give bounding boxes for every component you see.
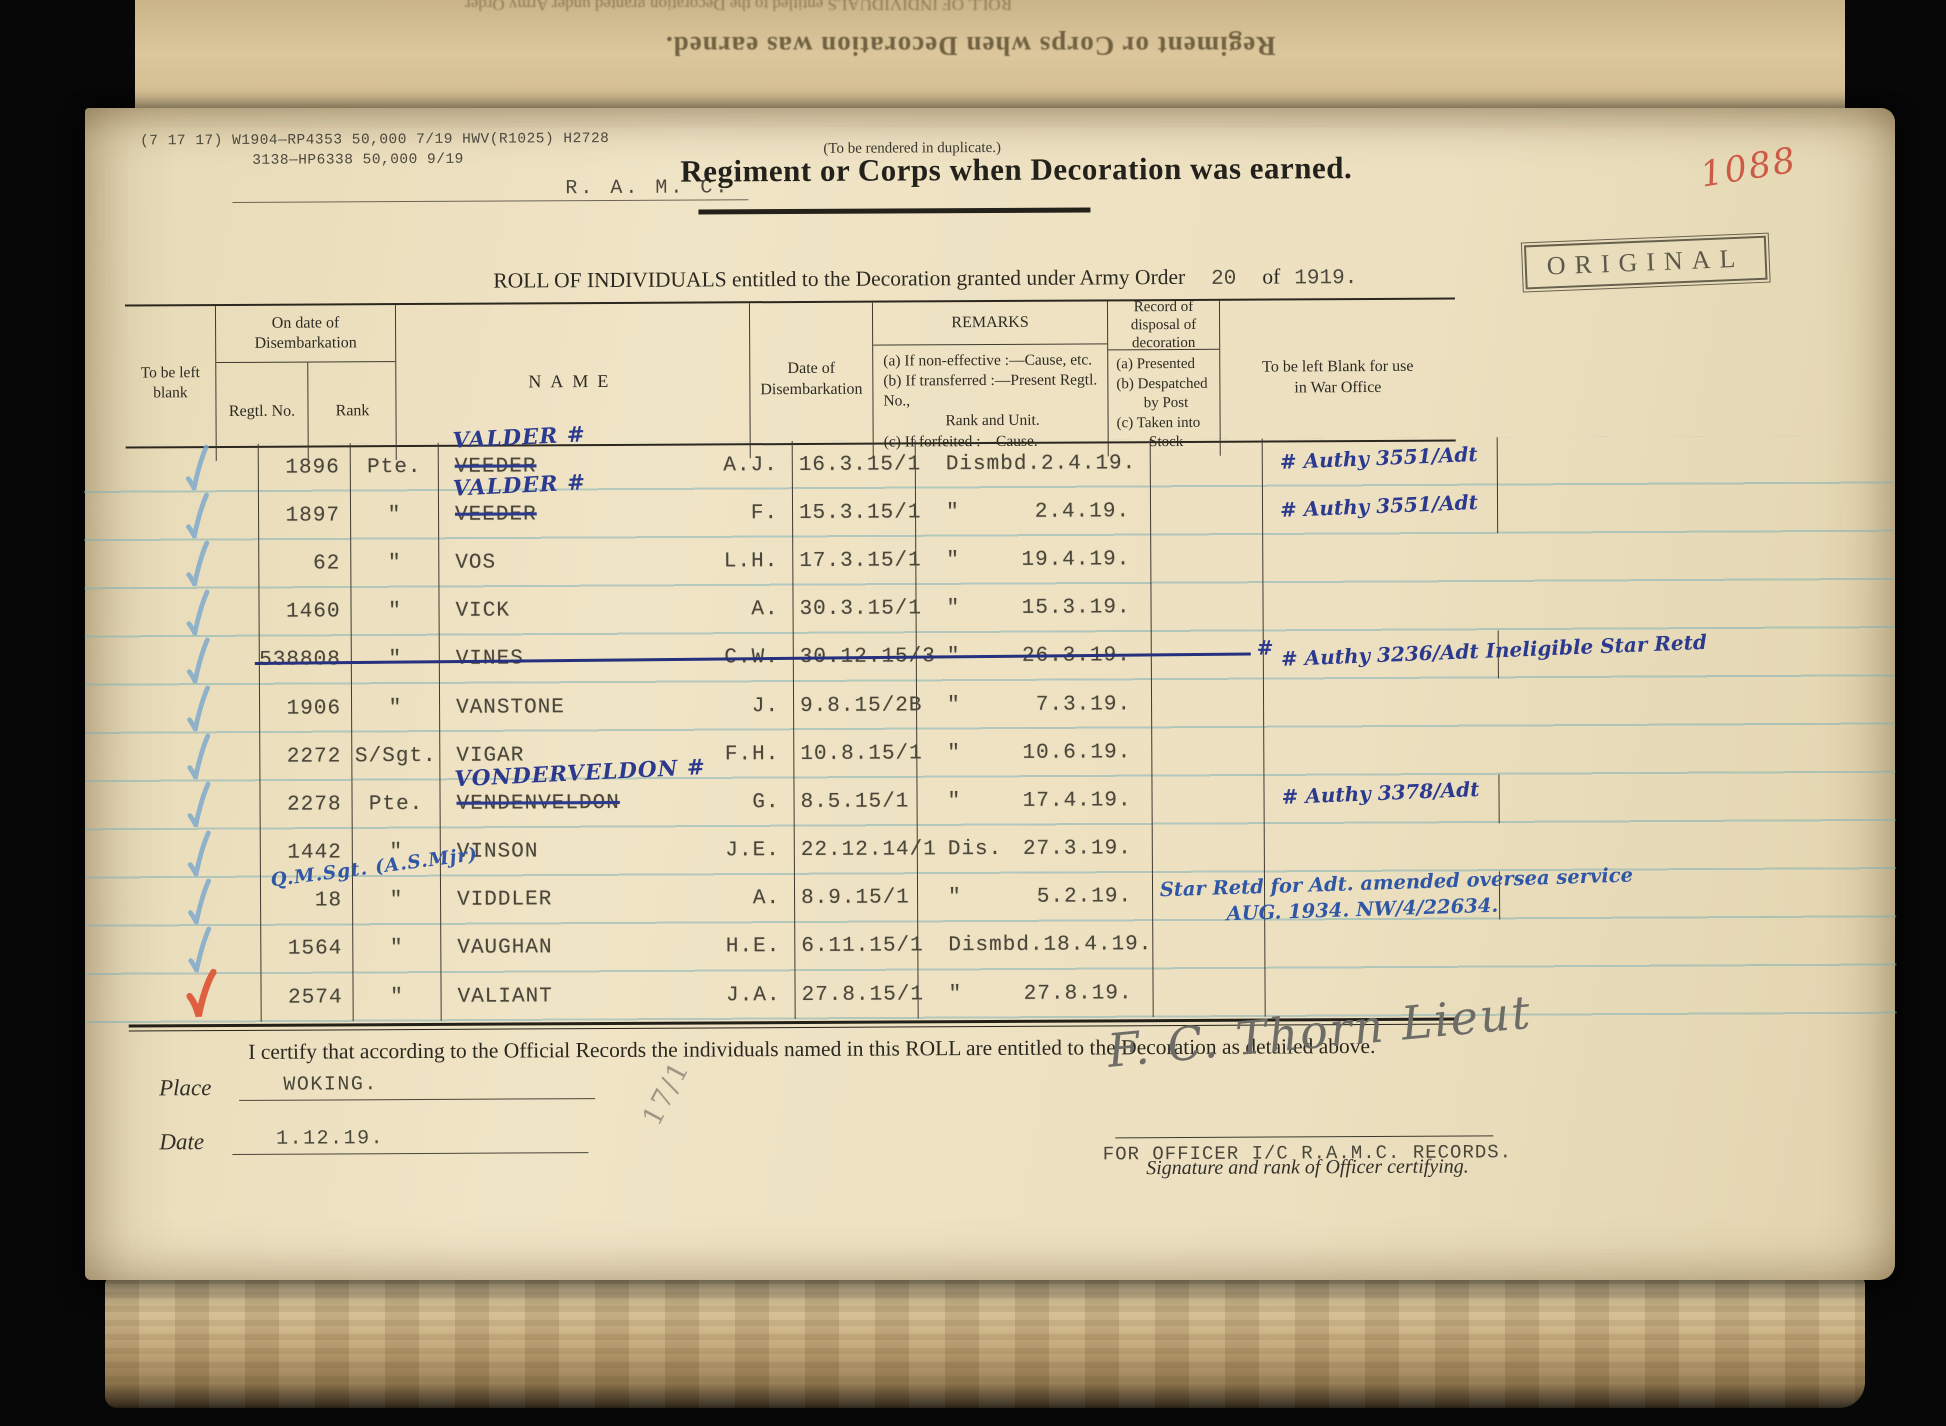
remark-cause: " — [946, 549, 960, 572]
cell-disembark-date: 10.8.15/1 — [794, 730, 917, 779]
red-check-icon — [186, 968, 216, 1020]
cell-rank: " — [352, 684, 440, 733]
tick-mark-icon — [186, 926, 212, 972]
cell-regtl-no: 1896 — [259, 443, 351, 492]
table-row: 2272 S/Sgt. VIGARF.H. 10.8.15/1 "10.6.19… — [169, 726, 1499, 781]
surname: VALIANT — [458, 985, 553, 1008]
cell-war-office — [1264, 678, 1499, 727]
table-row: 62 " VOSL.H. 17.3.15/1 "19.4.19. — [168, 534, 1498, 589]
army-order-year: 1919. — [1294, 267, 1357, 290]
cell-war-office — [1263, 582, 1498, 631]
tick-cell — [170, 974, 261, 1023]
cell-regtl-no: 2574 — [261, 973, 353, 1022]
roll-heading-text: ROLL OF INDIVIDUALS entitled to the Deco… — [493, 265, 1185, 293]
cell-regtl-no: 1564 — [261, 925, 353, 974]
tick-mark-icon — [185, 733, 211, 779]
tick-mark-icon — [184, 541, 210, 587]
initials: J.A. — [726, 984, 781, 1007]
remark-date: 2.4.19. — [1041, 452, 1136, 475]
page-title: Regiment or Corps when Decoration was ea… — [680, 150, 1352, 195]
tick-cell — [169, 685, 260, 734]
tick-cell — [168, 540, 259, 589]
remark-cause: Dismbd. — [946, 452, 1041, 475]
remark-date: 15.3.19. — [1022, 596, 1131, 620]
cell-rank: S/Sgt. — [352, 732, 440, 781]
place-value: WOKING. — [239, 1072, 595, 1101]
remark-cause: Dis. — [948, 838, 1003, 861]
initials: J.E. — [725, 839, 780, 862]
cell-regtl-no: 1897 — [259, 492, 351, 541]
print-codes-line1: (7 17 17) W1904—RP4353 50,000 7/19 HWV(R… — [140, 130, 609, 152]
surname: VIDDLER — [457, 889, 552, 912]
previous-page-edge: ROLL OF INDIVIDUALS entitled to the Deco… — [135, 0, 1845, 120]
header-disposal: Record of disposal of decoration (a) Pre… — [1108, 301, 1221, 456]
table-row: 1460 " VICKA. 30.3.15/1 "15.3.19. — [168, 582, 1498, 637]
cell-disposal — [1151, 487, 1263, 536]
remark-date: 2.4.19. — [1035, 500, 1130, 523]
cell-disembark-date: 9.8.15/2B — [794, 681, 917, 730]
header-war-office: To be left Blank for use in War Office — [1220, 300, 1456, 456]
cell-remarks: "19.4.19. — [916, 536, 1151, 585]
tick-cell — [168, 444, 259, 493]
cell-disembark-date: 16.3.15/1 — [793, 440, 916, 489]
initials: F.H. — [725, 743, 780, 766]
previous-page-mirrored-title: Regiment or Corps when Decoration was ea… — [665, 30, 1276, 61]
remark-date: 17.4.19. — [1023, 789, 1132, 813]
cell-disembark-date: 17.3.15/1 — [793, 537, 916, 586]
signature-caption: Signature and rank of Officer certifying… — [1037, 1155, 1577, 1181]
cell-remarks: Dismbd.2.4.19. — [916, 439, 1151, 488]
cell-rank: " — [353, 925, 441, 974]
date-value: 1.12.19. — [232, 1126, 588, 1155]
original-stamp: ORIGINAL — [1524, 236, 1767, 290]
cell-rank: Pte. — [352, 780, 440, 829]
cell-disposal — [1151, 535, 1263, 584]
cell-disembark-date: 27.8.15/1 — [795, 970, 918, 1019]
tick-mark-icon — [185, 781, 211, 827]
table-row: 2278 Pte. VENDENVELDONG. 8.5.15/1 "17.4.… — [169, 775, 1499, 830]
remark-cause: " — [947, 742, 961, 765]
remark-date: 27.8.19. — [1024, 982, 1133, 1006]
cell-regtl-no: 2278 — [260, 781, 352, 830]
remarks-note-b2: Rank and Unit. — [884, 411, 1102, 432]
corps-line: R. A. M. C. — [232, 171, 748, 203]
place-label: Place — [159, 1075, 211, 1101]
remark-date: 7.3.19. — [1036, 693, 1131, 716]
table-row: 1564 " VAUGHANH.E. 6.11.15/1 Dismbd.18.4… — [170, 919, 1500, 974]
cell-disposal — [1153, 824, 1265, 873]
tick-mark-icon — [186, 878, 212, 924]
cell-remarks: "5.2.19. — [918, 873, 1153, 922]
cell-name: VAUGHANH.E. — [441, 923, 795, 973]
roll-heading: ROLL OF INDIVIDUALS entitled to the Deco… — [323, 263, 1528, 295]
tick-cell — [169, 637, 260, 686]
tick-cell — [169, 733, 260, 782]
cell-disembark-date: 6.11.15/1 — [795, 922, 918, 971]
remark-cause: " — [946, 501, 960, 524]
cell-disposal — [1152, 680, 1264, 729]
cell-war-office — [1265, 919, 1500, 968]
hash-mark: # — [1257, 635, 1274, 659]
initials: L.H. — [724, 550, 779, 573]
cell-disembark-date: 22.12.14/1 — [795, 826, 918, 875]
cell-name: VALIANTJ.A. — [441, 971, 795, 1021]
initials: A. — [753, 887, 780, 910]
cell-disposal — [1151, 439, 1263, 488]
cell-disembark-date: 15.3.15/1 — [793, 489, 916, 538]
document-page: (7 17 17) W1904—RP4353 50,000 7/19 HWV(R… — [85, 108, 1895, 1280]
header-disposal-title: Record of disposal of decoration — [1108, 301, 1219, 351]
initials: F. — [751, 502, 778, 525]
cell-rank: " — [353, 973, 441, 1022]
initials: H.E. — [726, 936, 781, 959]
table-row: 1897 " VEEDERF. 15.3.15/1 "2.4.19. VALDE… — [168, 486, 1498, 541]
initials: J. — [752, 695, 779, 718]
header-date: Date of Disembarkation — [750, 303, 874, 458]
surname: VOS — [455, 552, 496, 575]
remarks-note-b: (b) If transferred :—Present Regtl. No., — [883, 371, 1101, 412]
surname: VICK — [456, 600, 511, 623]
cell-rank: " — [351, 587, 439, 636]
remark-date: 19.4.19. — [1021, 548, 1130, 572]
cell-regtl-no: 1906 — [260, 684, 352, 733]
cell-rank: " — [353, 877, 441, 926]
surname: VAUGHAN — [457, 937, 552, 960]
initials: A.J. — [723, 454, 778, 477]
remarks-note-a: (a) If non-effective :—Cause, etc. — [883, 350, 1101, 371]
cell-disposal — [1152, 776, 1264, 825]
table-body: 1896 Pte. VEEDERA.J. 16.3.15/1 Dismbd.2.… — [126, 438, 1459, 1023]
cell-name: VICKA. — [439, 586, 793, 636]
tick-cell — [170, 926, 261, 975]
tick-mark-icon — [184, 444, 210, 490]
remark-cause: " — [946, 597, 960, 620]
surname: VANSTONE — [456, 696, 565, 720]
disposal-note-b: (b) Despatched — [1116, 374, 1215, 394]
cell-name: VOSL.H. — [439, 537, 793, 587]
cell-regtl-no: 62 — [259, 540, 351, 589]
page-stack-edge — [105, 1278, 1865, 1408]
pencil-note: 17/1 — [637, 1056, 696, 1131]
tick-cell — [169, 781, 260, 830]
tick-mark-icon — [185, 637, 211, 683]
tick-cell — [170, 878, 261, 927]
remark-date: 5.2.19. — [1037, 886, 1132, 909]
header-disembarkation-group: On date of Disembarkation Regtl. No. Ran… — [216, 305, 397, 460]
signature-line — [1115, 1135, 1493, 1138]
surname: VENDENVELDON — [457, 792, 620, 816]
previous-page-mirrored-text: ROLL OF INDIVIDUALS entitled to the Deco… — [465, 0, 1012, 14]
remark-cause: " — [948, 790, 962, 813]
header-remarks: REMARKS (a) If non-effective :—Cause, et… — [873, 301, 1109, 457]
remark-date: 10.6.19. — [1022, 741, 1131, 765]
cell-regtl-no: 2272 — [260, 732, 352, 781]
surname: VEEDER — [455, 503, 537, 526]
cell-war-office — [1263, 534, 1498, 583]
tick-cell — [168, 492, 259, 541]
title-underline — [698, 207, 1090, 214]
cell-name: VINSONJ.E. — [441, 827, 795, 877]
cell-disembark-date: 30.3.15/1 — [793, 585, 916, 634]
cell-regtl-no: 1460 — [259, 588, 351, 637]
print-codes-line2: 3138—HP6338 50,000 9/19 — [252, 150, 609, 171]
date-label: Date — [159, 1129, 204, 1155]
tick-mark-icon — [184, 492, 210, 538]
cell-remarks: "15.3.19. — [916, 584, 1151, 633]
cell-remarks: "2.4.19. — [916, 487, 1151, 536]
place-row: Place WOKING. — [159, 1072, 595, 1101]
cell-disembark-date: 8.9.15/1 — [795, 874, 918, 923]
initials: A. — [751, 598, 778, 621]
cell-name: VANSTONEJ. — [440, 682, 794, 732]
remark-cause: " — [948, 886, 962, 909]
table-row: 1906 " VANSTONEJ. 9.8.15/2B "7.3.19. — [169, 678, 1499, 733]
disposal-note-a: (a) Presented — [1116, 355, 1215, 375]
remark-date: 18.4.19. — [1043, 934, 1152, 958]
disposal-note-b2: by Post — [1116, 394, 1215, 414]
cell-remarks: "17.4.19. — [917, 776, 1152, 825]
tick-cell — [168, 588, 259, 637]
cell-remarks: "10.6.19. — [917, 728, 1152, 777]
table-row: 1896 Pte. VEEDERA.J. 16.3.15/1 Dismbd.2.… — [168, 437, 1498, 492]
tick-mark-icon — [184, 589, 210, 635]
cell-disposal — [1151, 583, 1263, 632]
table-row: 538808 " VINESC.W. 30.12.15/3 "26.3.19. … — [169, 630, 1499, 685]
header-on-date: On date of Disembarkation — [216, 305, 395, 363]
remark-cause: " — [949, 983, 963, 1006]
print-codes: (7 17 17) W1904—RP4353 50,000 7/19 HWV(R… — [140, 130, 609, 172]
header-remarks-title: REMARKS — [873, 301, 1107, 345]
cell-disembark-date: 8.5.15/1 — [794, 778, 917, 827]
army-order-number: 20 — [1211, 268, 1236, 291]
cell-remarks: "27.8.19. — [918, 969, 1153, 1018]
cell-remarks: Dismbd.18.4.19. — [918, 921, 1153, 970]
tick-mark-icon — [185, 685, 211, 731]
cell-remarks: "7.3.19. — [917, 680, 1152, 729]
cell-war-office — [1265, 823, 1500, 872]
page-number: 1088 — [1698, 140, 1800, 195]
cell-rank: Pte. — [351, 443, 439, 492]
roll-heading-of: of — [1262, 264, 1280, 288]
disposal-note-c: (c) Taken into — [1117, 413, 1216, 433]
cell-name: VIDDLERA. — [441, 875, 795, 925]
remark-date: 27.3.19. — [1023, 837, 1132, 861]
remark-cause: " — [947, 694, 961, 717]
header-blank: To be left blank — [125, 306, 217, 461]
table-header: To be left blank On date of Disembarkati… — [125, 298, 1456, 449]
tick-cell — [170, 829, 261, 878]
cell-rank: " — [351, 491, 439, 540]
remark-cause: Dismbd. — [948, 934, 1043, 957]
tick-mark-icon — [186, 830, 212, 876]
initials: G. — [752, 791, 779, 814]
date-row: Date 1.12.19. — [159, 1126, 588, 1155]
book-photo: ROLL OF INDIVIDUALS entitled to the Deco… — [0, 0, 1946, 1426]
cell-war-office — [1264, 726, 1499, 775]
cell-disposal — [1152, 728, 1264, 777]
table-row: 18 " VIDDLERA. 8.9.15/1 "5.2.19. Q.M.Sgt… — [170, 871, 1500, 926]
cell-remarks: Dis.27.3.19. — [918, 825, 1153, 874]
cell-rank: " — [351, 539, 439, 588]
